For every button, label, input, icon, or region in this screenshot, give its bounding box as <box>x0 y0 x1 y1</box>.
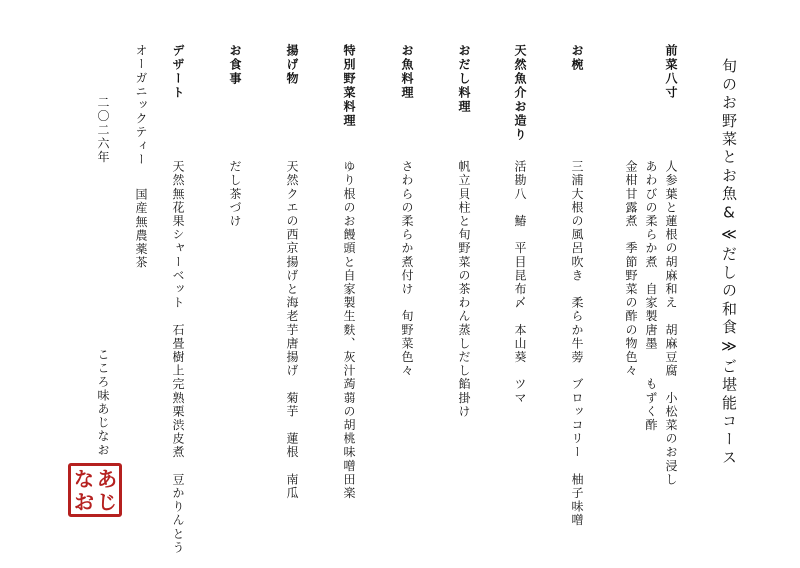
stamp-char: お <box>74 492 94 512</box>
stamp-char: な <box>74 469 94 489</box>
stamp-char: あ <box>97 469 117 489</box>
course-item-yasai-1: ゆり根のお饅頭と自家製生麩、灰汁蒟蒻の胡桃味噌田楽 <box>342 160 356 500</box>
course-heading-agemono: 揚げ物 <box>285 44 299 86</box>
course-heading-otsukuri: 天然魚介お造り <box>513 44 527 142</box>
course-item-zensai-3: 金柑甘露煮 季節野菜の酢の物色々 <box>624 160 638 378</box>
course-heading-dessert: デザート <box>171 44 185 100</box>
course-heading-tea: オーガニックティー <box>134 44 148 166</box>
course-heading-odashi: おだし料理 <box>457 44 471 114</box>
course-heading-osakana: お魚料理 <box>400 44 414 100</box>
course-heading-owan: お椀 <box>570 44 584 72</box>
course-item-odashi-1: 帆立貝柱と旬野菜の茶わん蒸しだし餡掛け <box>457 160 471 418</box>
course-heading-yasai: 特別野菜料理 <box>342 44 356 128</box>
stamp-char: じ <box>97 492 117 512</box>
course-item-osakana-1: さわらの柔らか煮付け 旬野菜色々 <box>400 160 414 378</box>
course-item-dessert-1: 天然無花果シャーベット 石畳樹上完熟栗渋皮煮 豆かりんとう <box>171 160 185 554</box>
course-item-zensai-1: 人参葉と蓮根の胡麻和え 胡麻豆腐 小松菜のお浸し <box>664 160 678 486</box>
course-item-agemono-1: 天然クエの西京揚げと海老芋唐揚げ 菊芋 蓮根 南瓜 <box>285 160 299 500</box>
course-item-tea-1: 国産無農薬茶 <box>134 188 148 270</box>
course-item-owan-1: 三浦大根の風呂吹き 柔らか牛蒡 ブロッコリー 柚子味噌 <box>570 160 584 527</box>
restaurant-seal-stamp: あ じ な お <box>68 463 122 517</box>
menu-title: 旬のお野菜とお魚&≪だしの和食≫ご堪能コース <box>720 58 737 467</box>
course-item-oshokuji-1: だし茶づけ <box>228 160 242 228</box>
course-item-zensai-2: あわびの柔らか煮 自家製唐墨 もずく酢 <box>644 160 658 432</box>
menu-year: 二〇二六年 <box>96 96 110 164</box>
course-heading-oshokuji: お食事 <box>228 44 242 86</box>
course-item-otsukuri-1: 活勘八 鰆 平目昆布〆 本山葵 ツマ <box>513 160 527 405</box>
restaurant-signature: こころ味あじなお <box>96 348 110 457</box>
course-heading-zensai: 前菜八寸 <box>664 44 678 100</box>
